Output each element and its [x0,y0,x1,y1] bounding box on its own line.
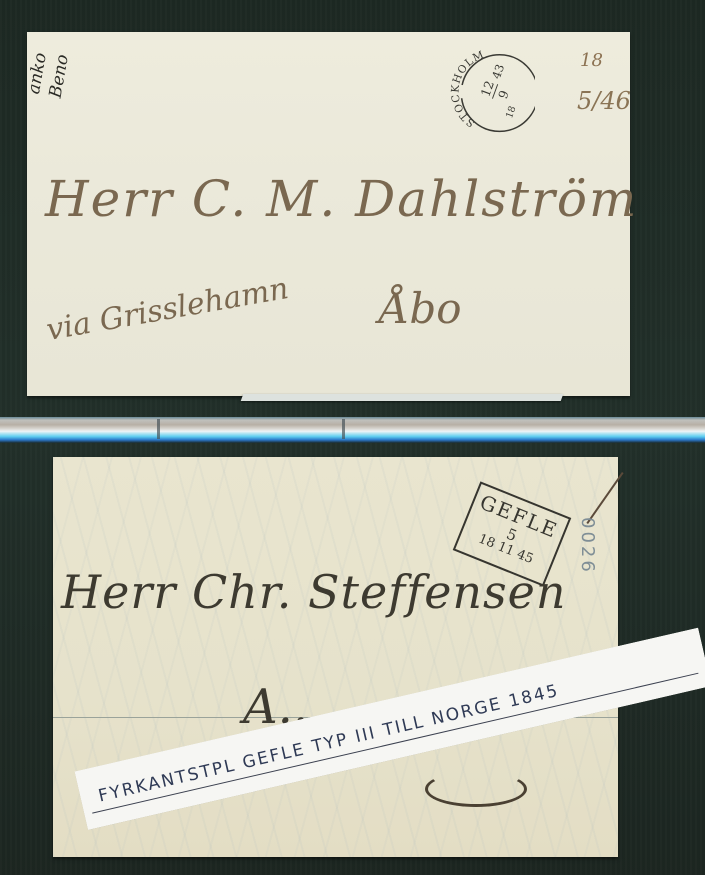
destination-flourish [425,771,527,807]
addressee-name: Herr Chr. Steffensen [61,565,567,619]
glare-tick [157,419,160,439]
svg-text:43: 43 [489,62,507,81]
routing-instruction: via Grisslehamn [44,271,291,348]
destination-city: Åbo [379,284,462,333]
rate-mark: 5/46 [577,87,631,115]
letter-top: anko Beno 18 5/46 STOCKHOLM 12 9 18 43 H… [27,32,630,396]
stockholm-postmark: STOCKHOLM 12 9 18 43 [445,50,535,140]
addressee-name: Herr C. M. Dahlström [45,170,638,228]
pencil-catalog-number: 0026 [577,517,598,575]
scanner-glare-strip [0,417,705,443]
svg-text:9: 9 [495,88,512,101]
letter-top-flap [241,394,564,401]
svg-text:18: 18 [504,105,518,120]
glare-tick [342,419,345,439]
docket-note: anko Beno [23,49,74,100]
pencil-mark: 18 [580,50,603,71]
